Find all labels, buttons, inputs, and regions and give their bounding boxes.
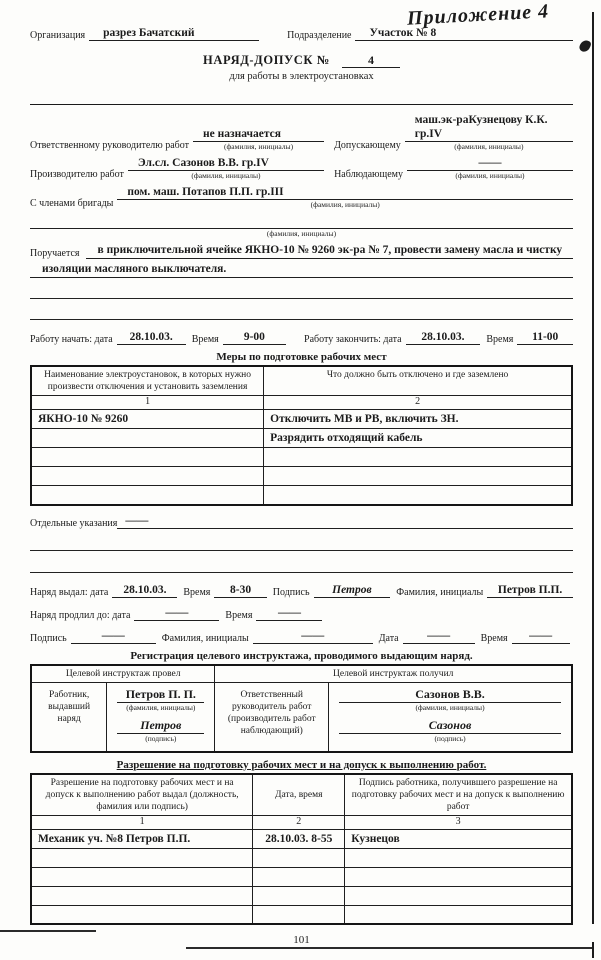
extension-signature: —— — [71, 629, 156, 644]
scanned-work-permit-page: Приложение 4 Организация разрез Бачатски… — [0, 0, 601, 960]
brigade-label: С членами бригады — [30, 198, 113, 209]
name-hint: (фамилия, инициалы) — [407, 171, 573, 180]
table-row — [31, 867, 572, 886]
measures-col1-header: Наименование электроустановок, в которых… — [31, 366, 264, 396]
producer-value: Эл.сл. Сазонов В.В. гр.IV — [128, 156, 324, 171]
task-section: Поручается в приключительной ячейке ЯКНО… — [30, 243, 573, 320]
task-text-2: изоляции масляного выключателя. — [30, 262, 573, 278]
permission-signature-cell — [345, 867, 572, 886]
extension-date-2: —— — [403, 629, 475, 644]
page-number: 101 — [30, 934, 573, 946]
col-number: 2 — [264, 396, 572, 410]
organization-value: разрез Бачатский — [89, 26, 259, 41]
permission-header-row: Разрешение на подготовку рабочих мест и … — [31, 774, 572, 816]
blank-rule-line — [30, 533, 573, 551]
work-start-time-label: Время — [192, 334, 219, 345]
blank-rule-line — [30, 555, 573, 573]
admitter-label: Допускающему — [334, 140, 401, 151]
organization-line: Организация разрез Бачатский Подразделен… — [30, 26, 573, 41]
issued-date: 28.10.03. — [112, 583, 177, 598]
measures-number-row: 1 2 — [31, 396, 572, 410]
actions-cell — [264, 448, 572, 467]
table-row: ЯКНО-10 № 9260 Отключить МВ и РВ, включи… — [31, 410, 572, 429]
name-hint: (фамилия, инициалы) — [117, 200, 573, 209]
receiver-cell: Сазонов В.В. (фамилия, инициалы) Сазонов… — [329, 682, 572, 752]
permission-signature-cell — [345, 905, 572, 924]
work-start-label: Работу начать: дата — [30, 334, 113, 345]
signature-hint: (подпись) — [339, 734, 561, 744]
table-row — [31, 905, 572, 924]
document-title-block: НАРЯД-ДОПУСК № 4 для работы в электроуст… — [30, 51, 573, 82]
signature-hint: (подпись) — [117, 734, 204, 744]
brigade-extra-field: (фамилия, инициалы) — [30, 214, 573, 238]
installation-cell — [31, 486, 264, 505]
work-start-time: 9-00 — [223, 330, 286, 345]
name-hint: (фамилия, инициалы) — [117, 703, 204, 713]
permission-datetime-cell — [253, 886, 345, 905]
work-start-date: 28.10.03. — [117, 330, 186, 345]
extension-date: —— — [134, 606, 219, 621]
name-hint: (фамилия, инициалы) — [128, 171, 324, 180]
measures-col2-header: Что должно быть отключено и где заземлен… — [264, 366, 572, 396]
scan-edge-line-artifact — [592, 12, 594, 924]
document-title: НАРЯД-ДОПУСК № — [203, 53, 330, 67]
table-row — [31, 886, 572, 905]
table-row — [31, 467, 572, 486]
brigade-value: пом. маш. Потапов П.П. гр.III — [117, 185, 573, 200]
briefing-gave-header: Целевой инструктаж провел — [31, 665, 215, 683]
extension-time-2: —— — [512, 629, 570, 644]
producer-label: Производителю работ — [30, 169, 124, 180]
col-number: 3 — [345, 815, 572, 829]
actions-cell: Разрядить отходящий кабель — [264, 429, 572, 448]
ink-blot-artifact — [578, 38, 592, 53]
permission-issuer-cell — [31, 848, 253, 867]
work-end-time: 11-00 — [517, 330, 573, 345]
permission-col1-header: Разрешение на подготовку рабочих мест и … — [31, 774, 253, 816]
scan-bottom-left-line-artifact — [0, 930, 96, 932]
issued-sign-label: Подпись — [273, 587, 310, 598]
scan-bottom-line-artifact — [186, 947, 592, 949]
permit-issued-line: Наряд выдал: дата 28.10.03. Время 8-30 П… — [30, 583, 573, 598]
permission-table-title: Разрешение на подготовку рабочих мест и … — [30, 759, 573, 771]
permission-number-row: 1 2 3 — [31, 815, 572, 829]
task-line-1: Поручается в приключительной ячейке ЯКНО… — [30, 243, 573, 259]
table-row — [31, 848, 572, 867]
observer-label: Наблюдающему — [334, 169, 403, 180]
special-instructions-section: Отдельные указания —— — [30, 514, 573, 573]
issuer-name: Петров П. П. — [117, 686, 204, 703]
extension-sign-label: Подпись — [30, 633, 67, 644]
extension-time2-label: Время — [481, 633, 508, 644]
installation-cell — [31, 448, 264, 467]
responsible-value: не назначается — [193, 127, 324, 142]
receiver-name: Сазонов В.В. — [339, 686, 561, 703]
admitter-value: маш.эк-раКузнецову К.К. гр.IV — [405, 113, 573, 142]
permission-issuer-cell — [31, 886, 253, 905]
responsible-field: Ответственному руководителю работ не наз… — [30, 113, 334, 151]
briefing-received-header: Целевой инструктаж получил — [215, 665, 572, 683]
task-label: Поручается — [30, 248, 80, 259]
section-divider — [30, 104, 573, 105]
col-number: 2 — [253, 815, 345, 829]
extension-name: —— — [253, 629, 373, 644]
task-text-1: в приключительной ячейке ЯКНО-10 № 9260 … — [86, 243, 573, 259]
briefing-table-title: Регистрация целевого инструктажа, провод… — [30, 650, 573, 662]
issuer-signature: Петров — [117, 717, 204, 734]
extension-signature-line: Подпись —— Фамилия, инициалы —— Дата —— … — [30, 629, 573, 644]
name-hint: (фамилия, инициалы) — [30, 229, 573, 238]
document-subtitle: для работы в электроустановках — [30, 71, 573, 82]
observer-value: —— — [407, 156, 573, 171]
permission-signature-cell — [345, 848, 572, 867]
issued-name: Петров П.П. — [487, 583, 573, 598]
issued-label: Наряд выдал: дата — [30, 587, 108, 598]
blank-rule-line — [175, 528, 573, 529]
division-value: Участок № 8 — [355, 26, 573, 41]
personnel-section: Ответственному руководителю работ не наз… — [30, 113, 573, 238]
permission-issuer-cell: Механик уч. №8 Петров П.П. — [31, 829, 253, 848]
schedule-line: Работу начать: дата 28.10.03. Время 9-00… — [30, 330, 573, 345]
personnel-row-3: С членами бригады пом. маш. Потапов П.П.… — [30, 185, 573, 209]
blank-rule-line — [30, 281, 573, 299]
permission-col2-header: Дата, время — [253, 774, 345, 816]
col-number: 1 — [31, 815, 253, 829]
personnel-row-1: Ответственному руководителю работ не наз… — [30, 113, 573, 151]
extension-date-label: Дата — [379, 633, 399, 644]
extension-name-label: Фамилия, инициалы — [162, 633, 249, 644]
permission-datetime-cell — [253, 905, 345, 924]
personnel-row-4: (фамилия, инициалы) — [30, 214, 573, 238]
permit-extension-line: Наряд продлил до: дата —— Время —— — [30, 606, 573, 621]
extension-time: —— — [256, 606, 322, 621]
table-row — [31, 486, 572, 505]
brigade-field: С членами бригады пом. маш. Потапов П.П.… — [30, 185, 573, 209]
permission-datetime-cell — [253, 848, 345, 867]
responsible-label: Ответственному руководителю работ — [30, 140, 189, 151]
measures-table-title: Меры по подготовке рабочих мест — [30, 351, 573, 363]
permission-datetime-cell: 28.10.03. 8-55 — [253, 829, 345, 848]
table-row: Разрядить отходящий кабель — [31, 429, 572, 448]
extension-time-label: Время — [225, 610, 252, 621]
permission-signature-cell: Кузнецов — [345, 829, 572, 848]
permission-col3-header: Подпись работника, получившего разрешени… — [345, 774, 572, 816]
issued-time-label: Время — [183, 587, 210, 598]
extension-label: Наряд продлил до: дата — [30, 610, 130, 621]
division-label: Подразделение — [287, 30, 351, 41]
producer-field: Производителю работ Эл.сл. Сазонов В.В. … — [30, 156, 334, 180]
actions-cell — [264, 467, 572, 486]
permission-signature-cell — [345, 886, 572, 905]
permission-datetime-cell — [253, 867, 345, 886]
receiver-role: Ответственный руководитель работ (произв… — [215, 682, 329, 752]
issuer-cell: Петров П. П. (фамилия, инициалы) Петров … — [107, 682, 215, 752]
brigade-extra-value — [30, 214, 573, 229]
personnel-row-2: Производителю работ Эл.сл. Сазонов В.В. … — [30, 156, 573, 180]
actions-cell: Отключить МВ и РВ, включить ЗН. — [264, 410, 572, 429]
permission-table: Разрешение на подготовку рабочих мест и … — [30, 773, 573, 926]
special-instructions-value: —— — [117, 514, 175, 529]
permit-number: 4 — [342, 53, 400, 68]
installation-cell: ЯКНО-10 № 9260 — [31, 410, 264, 429]
table-row — [31, 448, 572, 467]
permission-issuer-cell — [31, 867, 253, 886]
installation-cell — [31, 429, 264, 448]
issued-time: 8-30 — [214, 583, 266, 598]
observer-field: Наблюдающему —— (фамилия, инициалы) — [334, 156, 573, 180]
special-instructions-label: Отдельные указания — [30, 518, 117, 529]
measures-table: Наименование электроустановок, в которых… — [30, 365, 573, 506]
scan-edge-dash-artifact — [592, 942, 594, 958]
name-hint: (фамилия, инициалы) — [405, 142, 573, 151]
briefing-table: Целевой инструктаж провел Целевой инстру… — [30, 664, 573, 753]
organization-label: Организация — [30, 30, 85, 41]
issued-name-label: Фамилия, инициалы — [396, 587, 483, 598]
briefing-body-row: Работник, выдавший наряд Петров П. П. (ф… — [31, 682, 572, 752]
work-end-time-label: Время — [486, 334, 513, 345]
issued-signature: Петров — [314, 583, 391, 598]
name-hint: (фамилия, инициалы) — [193, 142, 324, 151]
installation-cell — [31, 467, 264, 486]
admitter-field: Допускающему маш.эк-раКузнецову К.К. гр.… — [334, 113, 573, 151]
name-hint: (фамилия, инициалы) — [339, 703, 561, 713]
actions-cell — [264, 486, 572, 505]
col-number: 1 — [31, 396, 264, 410]
special-instructions-line: Отдельные указания —— — [30, 514, 573, 529]
blank-rule-line — [30, 302, 573, 320]
measures-header-row: Наименование электроустановок, в которых… — [31, 366, 572, 396]
table-row: Механик уч. №8 Петров П.П. 28.10.03. 8-5… — [31, 829, 572, 848]
work-end-date: 28.10.03. — [406, 330, 481, 345]
work-end-label: Работу закончить: дата — [304, 334, 402, 345]
issuer-role: Работник, выдавший наряд — [31, 682, 107, 752]
receiver-signature: Сазонов — [339, 717, 561, 734]
briefing-header-row: Целевой инструктаж провел Целевой инстру… — [31, 665, 572, 683]
permission-issuer-cell — [31, 905, 253, 924]
